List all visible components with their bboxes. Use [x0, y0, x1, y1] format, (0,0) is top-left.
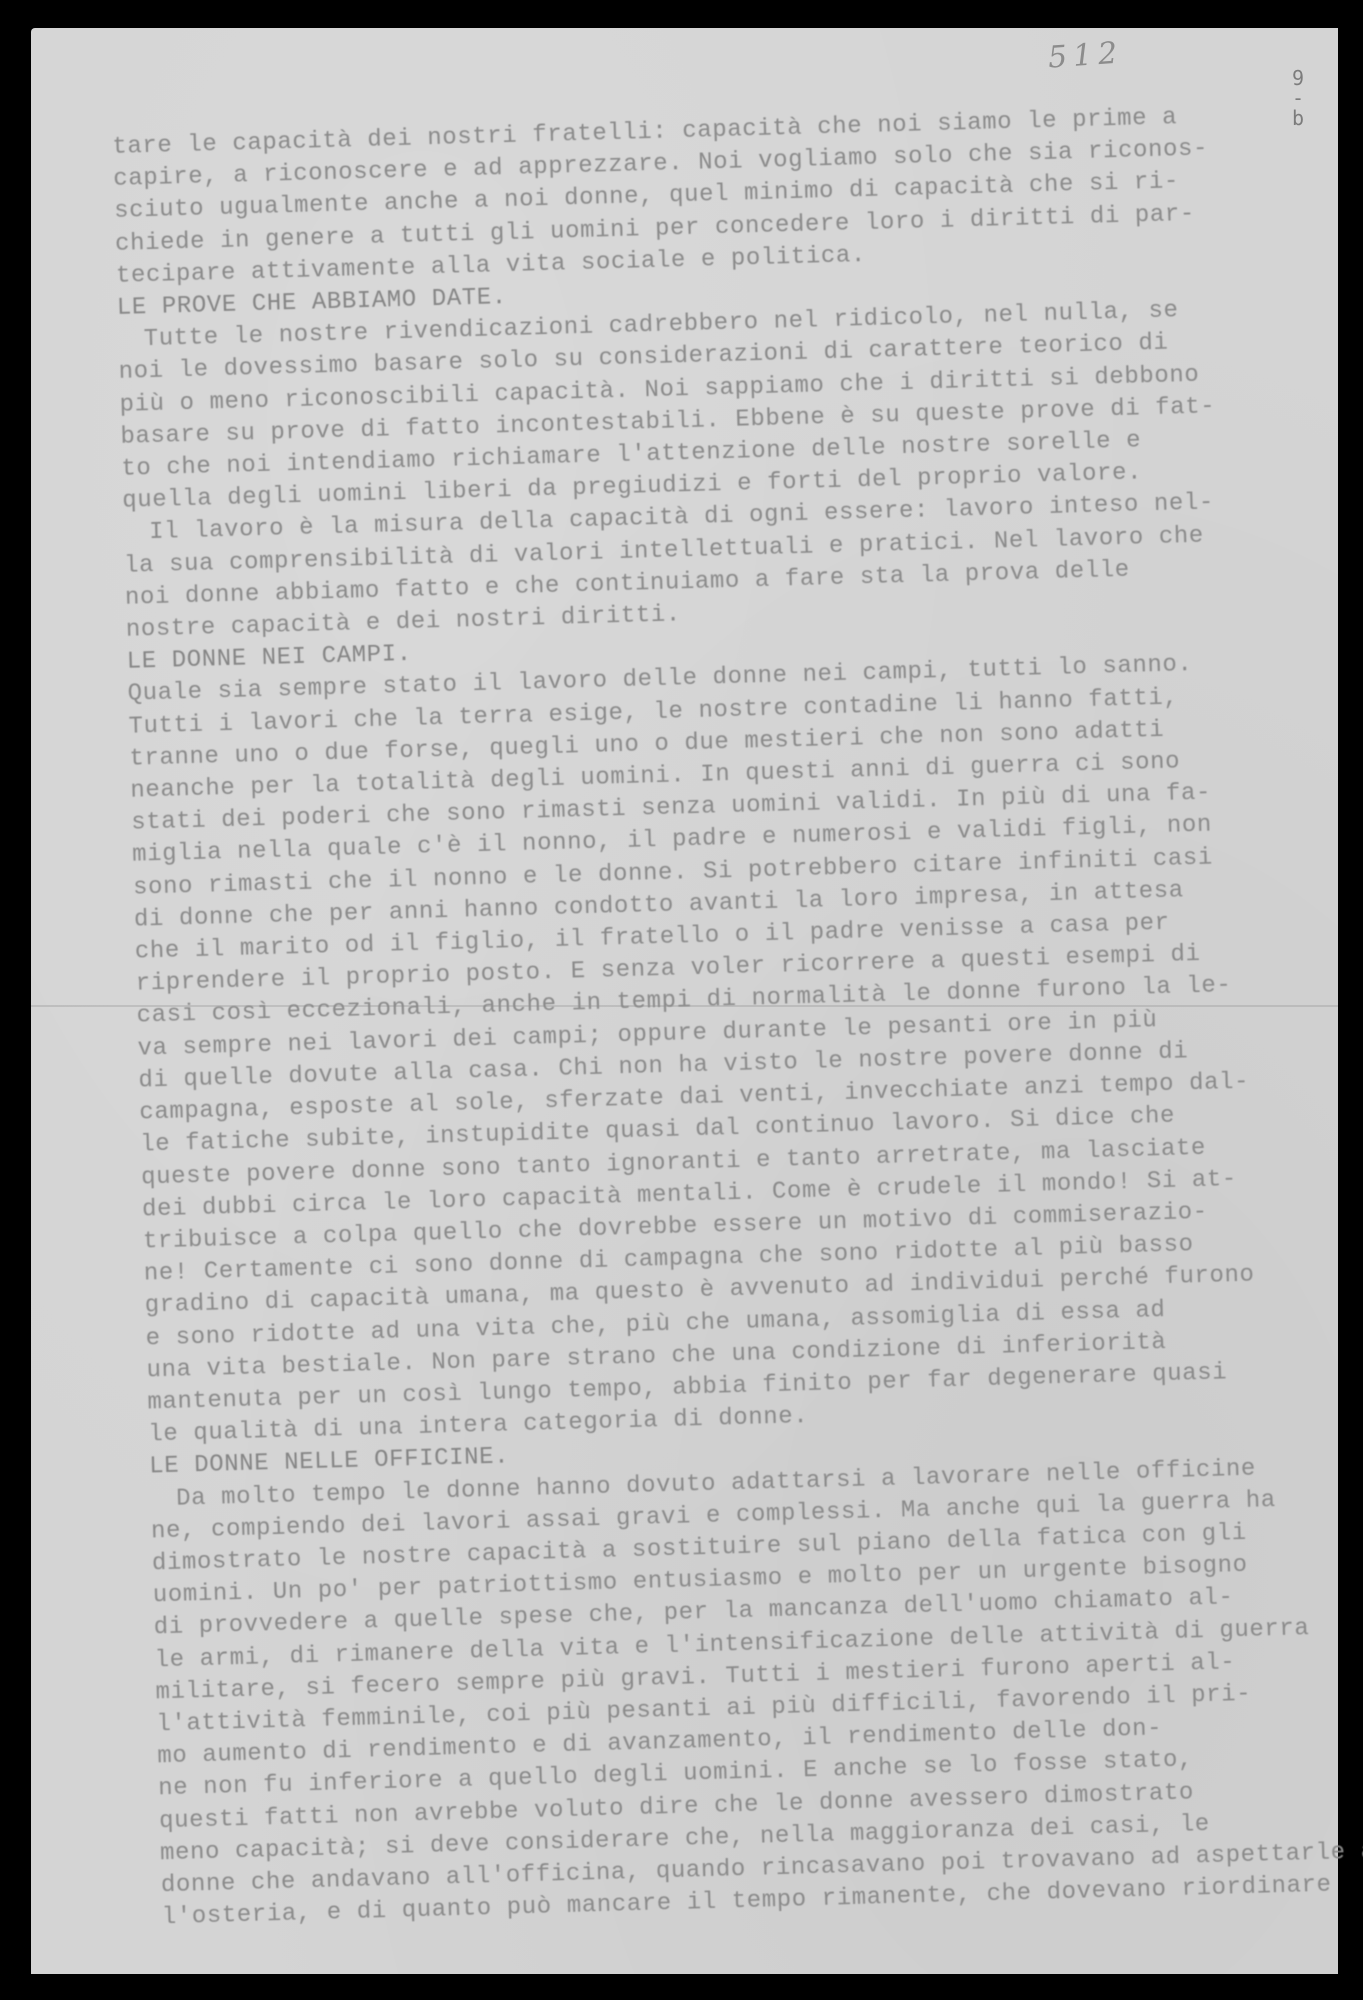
handwritten-page-number: 512 [1047, 35, 1125, 75]
typewritten-body: tare le capacità dei nostri fratelli: ca… [112, 99, 1342, 1935]
margin-annotation: 9-b [1290, 68, 1306, 128]
